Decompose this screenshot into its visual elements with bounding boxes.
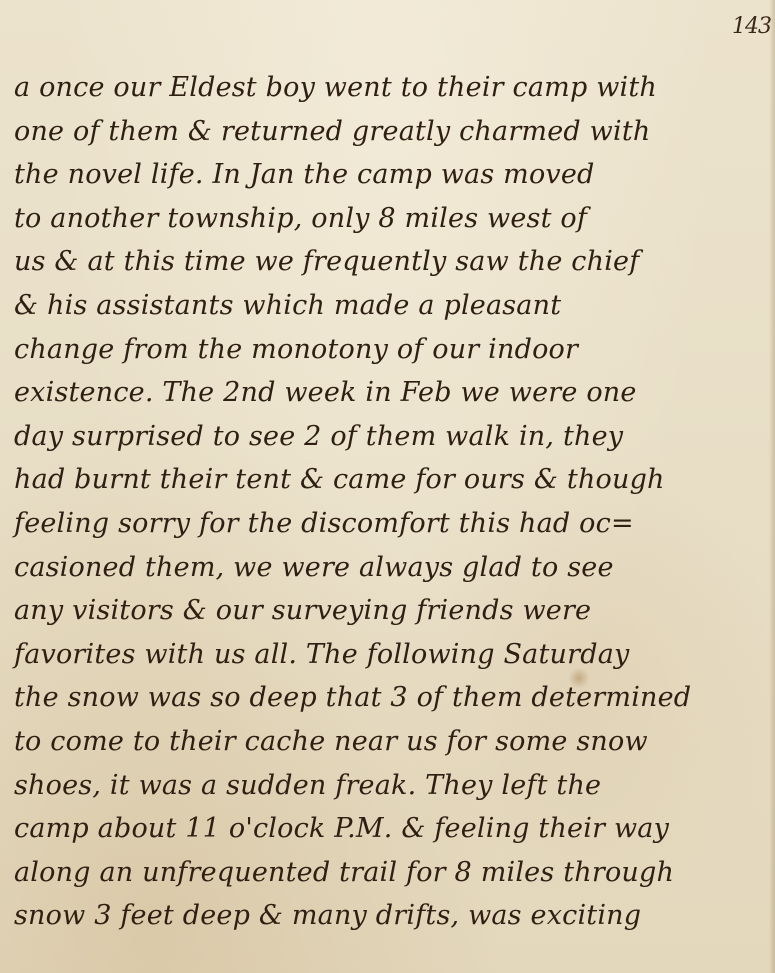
handwritten-text-body: a once our Eldest boy went to their camp… [14, 66, 775, 938]
text-line-14: favorites with us all. The following Sat… [14, 633, 775, 677]
text-line-1: a once our Eldest boy went to their camp… [14, 66, 775, 110]
text-line-15: the snow was so deep that 3 of them dete… [14, 676, 775, 720]
text-line-18: camp about 11 o'clock P.M. & feeling the… [14, 807, 775, 851]
text-line-7: change from the monotony of our indoor [14, 328, 775, 372]
text-line-9: day surprised to see 2 of them walk in, … [14, 415, 775, 459]
text-line-6: & his assistants which made a pleasant [14, 284, 775, 328]
text-line-10: had burnt their tent & came for ours & t… [14, 458, 775, 502]
manuscript-page: 143 a once our Eldest boy went to their … [0, 0, 775, 973]
page-number: 143 [732, 14, 771, 39]
text-line-17: shoes, it was a sudden freak. They left … [14, 764, 775, 808]
text-line-4: to another township, only 8 miles west o… [14, 197, 775, 241]
text-line-3: the novel life. In Jan the camp was move… [14, 153, 775, 197]
text-line-19: along an unfrequented trail for 8 miles … [14, 851, 775, 895]
text-line-16: to come to their cache near us for some … [14, 720, 775, 764]
text-line-5: us & at this time we frequently saw the … [14, 240, 775, 284]
text-line-8: existence. The 2nd week in Feb we were o… [14, 371, 775, 415]
text-line-2: one of them & returned greatly charmed w… [14, 110, 775, 154]
text-line-11: feeling sorry for the discomfort this ha… [14, 502, 775, 546]
text-line-13: any visitors & our surveying friends wer… [14, 589, 775, 633]
text-line-20: snow 3 feet deep & many drifts, was exci… [14, 894, 775, 938]
text-line-12: casioned them, we were always glad to se… [14, 546, 775, 590]
